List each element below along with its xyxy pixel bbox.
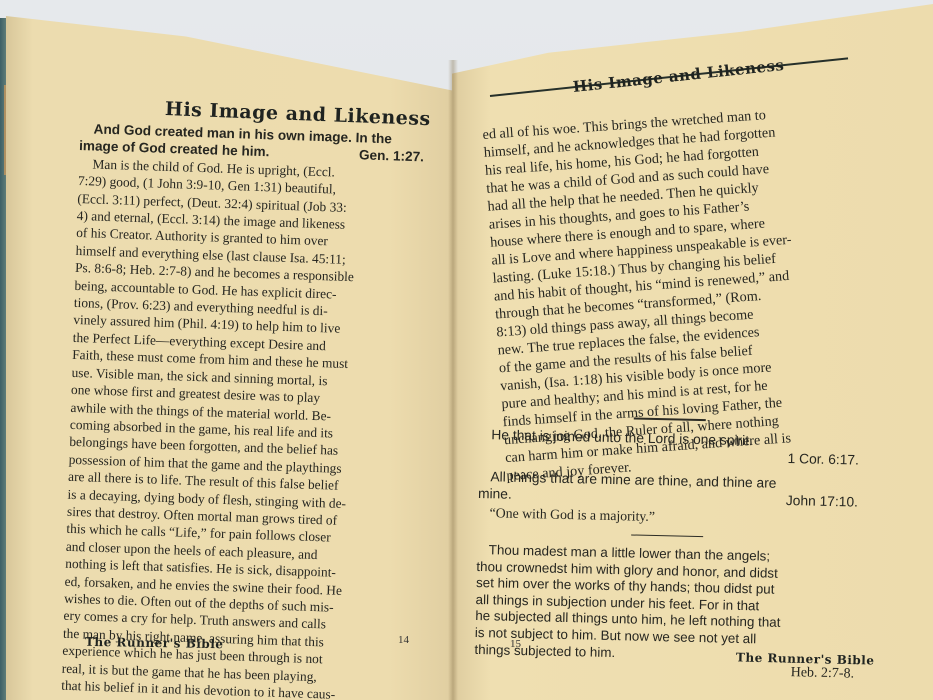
verse-reference: Gen. 1:27.	[359, 147, 425, 167]
quote-reference: John 17:10.	[786, 491, 858, 510]
quote-text-cont: mine.	[478, 485, 512, 501]
left-page-text: And God created man in his own image. In…	[61, 120, 425, 700]
right-page-number: 15	[510, 638, 521, 650]
section-divider	[634, 417, 706, 420]
left-page-number: 14	[398, 634, 409, 646]
quote-1: He that is joined unto the Lord is one s…	[479, 425, 860, 468]
book-gutter	[448, 60, 458, 700]
quote-text: All things that are mine are thine, and …	[478, 467, 858, 493]
right-page-quotes: He that is joined unto the Lord is one s…	[474, 408, 860, 683]
section-divider	[631, 534, 703, 537]
left-page-footer-title: The Runner's Bible	[85, 635, 224, 651]
quote-reference: 1 Cor. 6:17.	[491, 443, 859, 468]
quote-2: All things that are mine are thine, and …	[478, 467, 859, 510]
